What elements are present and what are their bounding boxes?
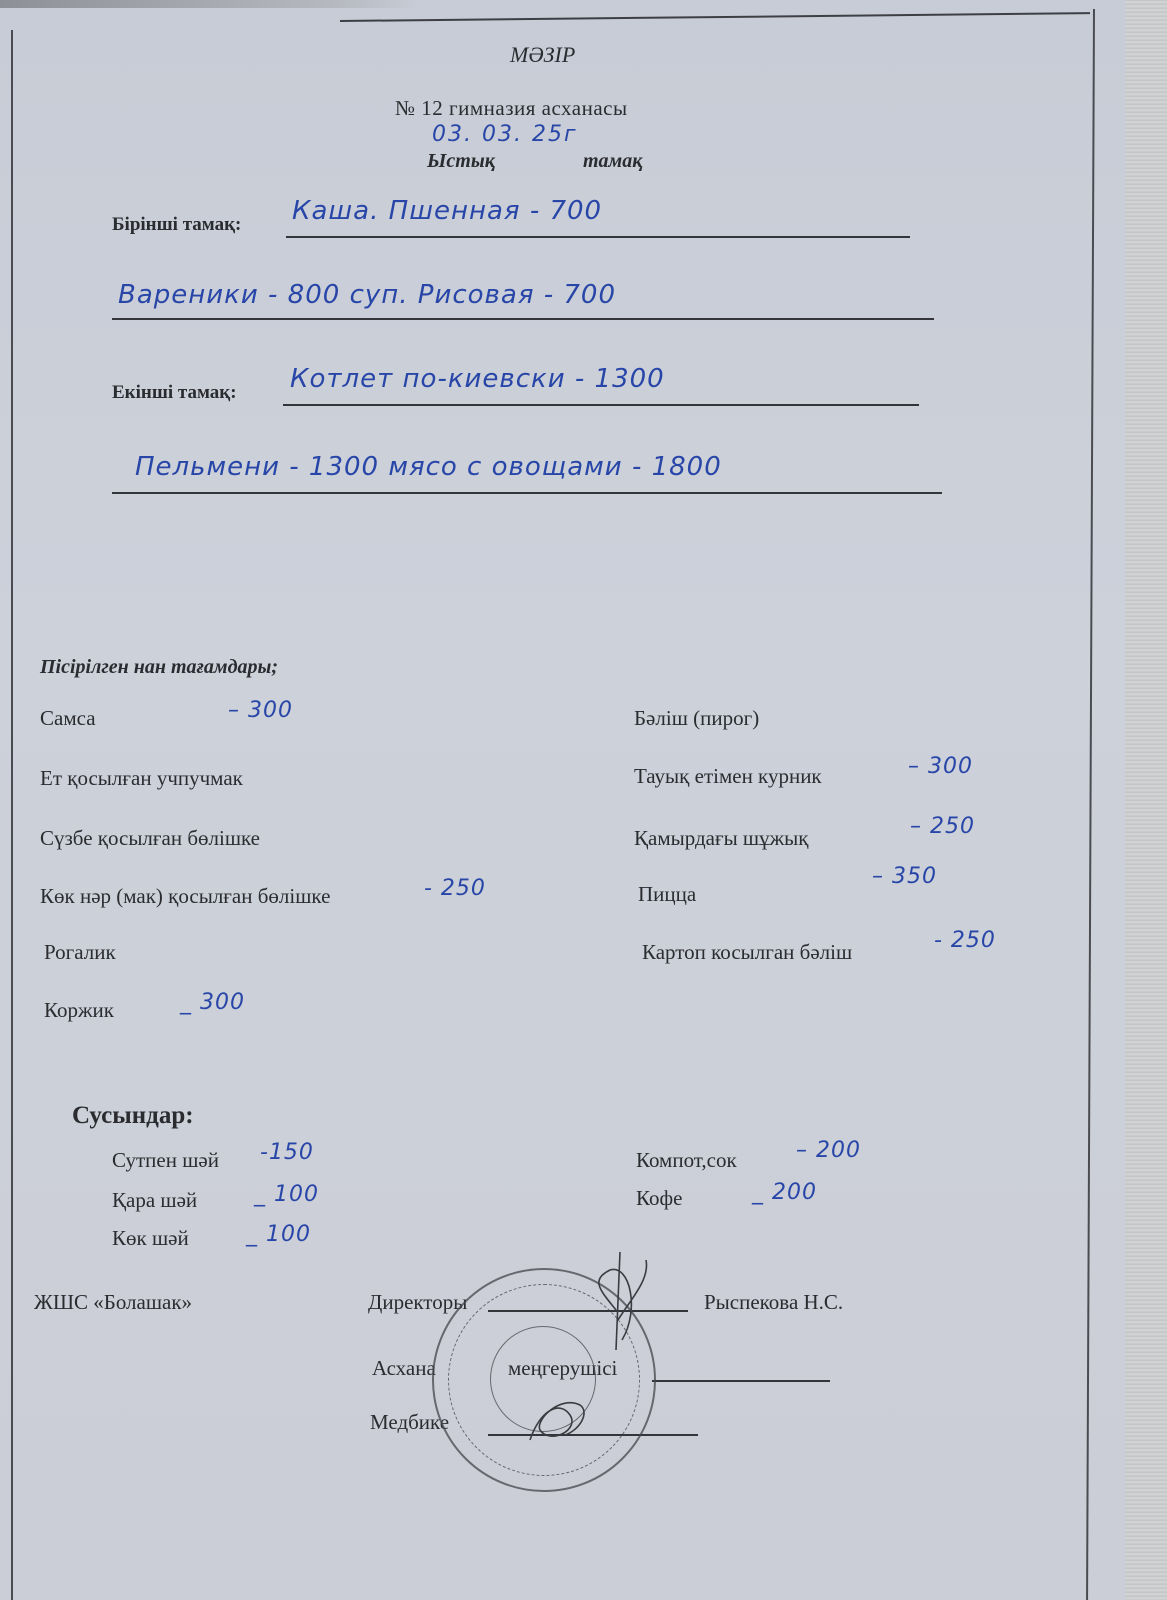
first-course-label: Бірінші тамақ:: [112, 214, 241, 236]
bakery-item-price: – 350: [872, 864, 937, 889]
bakery-item-name: Самса: [40, 706, 96, 731]
first-course-entry-1: Каша. Пшенная - 700: [292, 196, 602, 226]
document-title: МӘЗІР: [510, 42, 575, 68]
company-name: ЖШС «Болашак»: [34, 1290, 192, 1315]
menu-date: 03. 03. 25г: [432, 122, 578, 147]
frame-border-right: [1086, 9, 1095, 1600]
drink-item-price: _ 100: [246, 1222, 311, 1247]
bakery-item-name: Ет қосылған учпучмак: [40, 766, 243, 791]
second-course-underline-1: [283, 404, 919, 406]
director-label: Директоры: [368, 1290, 467, 1315]
bakery-item-price: – 300: [908, 754, 973, 779]
drinks-section-title: Сусындар:: [72, 1102, 194, 1130]
drink-item-price: -150: [260, 1140, 314, 1165]
table-surface: [1122, 0, 1167, 1600]
bakery-item-name: Картоп косылган бәліш: [642, 940, 852, 965]
menu-type-word-1: Ыстық: [427, 150, 495, 173]
canteen-name: № 12 гимназия асханасы: [395, 96, 628, 121]
frame-border-left: [11, 30, 13, 1600]
drink-item-price: _ 100: [254, 1182, 319, 1207]
bakery-item-name: Коржик: [44, 998, 114, 1023]
second-course-label: Екінші тамақ:: [112, 382, 237, 404]
menu-sheet: МӘЗІР № 12 гимназия асханасы 03. 03. 25г…: [0, 0, 1125, 1600]
director-name: Рыспекова Н.С.: [704, 1290, 843, 1315]
bakery-item-name: Рогалик: [44, 940, 116, 965]
bakery-item-name: Қамырдағы шұжық: [634, 826, 808, 851]
second-course-entry-2: Пельмени - 1300 мясо с овощами - 1800: [135, 452, 722, 482]
bakery-item-price: - 250: [424, 876, 486, 901]
second-course-entry-1: Котлет по-киевски - 1300: [290, 364, 665, 394]
second-course-underline-2: [112, 492, 942, 494]
drink-item-name: Кофе: [636, 1186, 682, 1211]
bakery-section-title: Пісірілген нан тағамдары;: [40, 656, 278, 679]
bakery-item-name: Тауық етімен курник: [634, 764, 822, 789]
bakery-item-name: Көк нәр (мак) қосылған бөлішке: [40, 884, 330, 909]
director-signature-icon: [580, 1250, 660, 1360]
drink-item-name: Қара шәй: [112, 1188, 197, 1213]
first-course-underline-1: [286, 236, 910, 238]
paper-shadow: [0, 0, 420, 8]
menu-type-word-2: тамақ: [583, 150, 642, 173]
first-course-underline-2: [112, 318, 934, 320]
bakery-item-price: - 250: [934, 928, 996, 953]
bakery-item-price: – 300: [228, 698, 293, 723]
bakery-item-name: Пицца: [638, 882, 696, 907]
drink-item-price: – 200: [796, 1138, 861, 1163]
canteen-manager-signature-line: [652, 1380, 830, 1382]
bakery-item-name: Бәліш (пирог): [634, 706, 759, 731]
canteen-manager-label-1: Асхана: [372, 1356, 436, 1381]
drink-item-name: Компот,сок: [636, 1148, 737, 1173]
bakery-item-price: – 250: [910, 814, 975, 839]
nurse-signature-icon: [520, 1390, 600, 1450]
frame-border-top: [340, 12, 1090, 22]
first-course-entry-2: Вареники - 800 суп. Рисовая - 700: [118, 280, 616, 310]
drink-item-price: _ 200: [752, 1180, 817, 1205]
bakery-item-name: Сүзбе қосылған бөлішке: [40, 826, 260, 851]
drink-item-name: Көк шәй: [112, 1226, 189, 1251]
bakery-item-price: _ 300: [180, 990, 245, 1015]
drink-item-name: Сутпен шәй: [112, 1148, 219, 1173]
